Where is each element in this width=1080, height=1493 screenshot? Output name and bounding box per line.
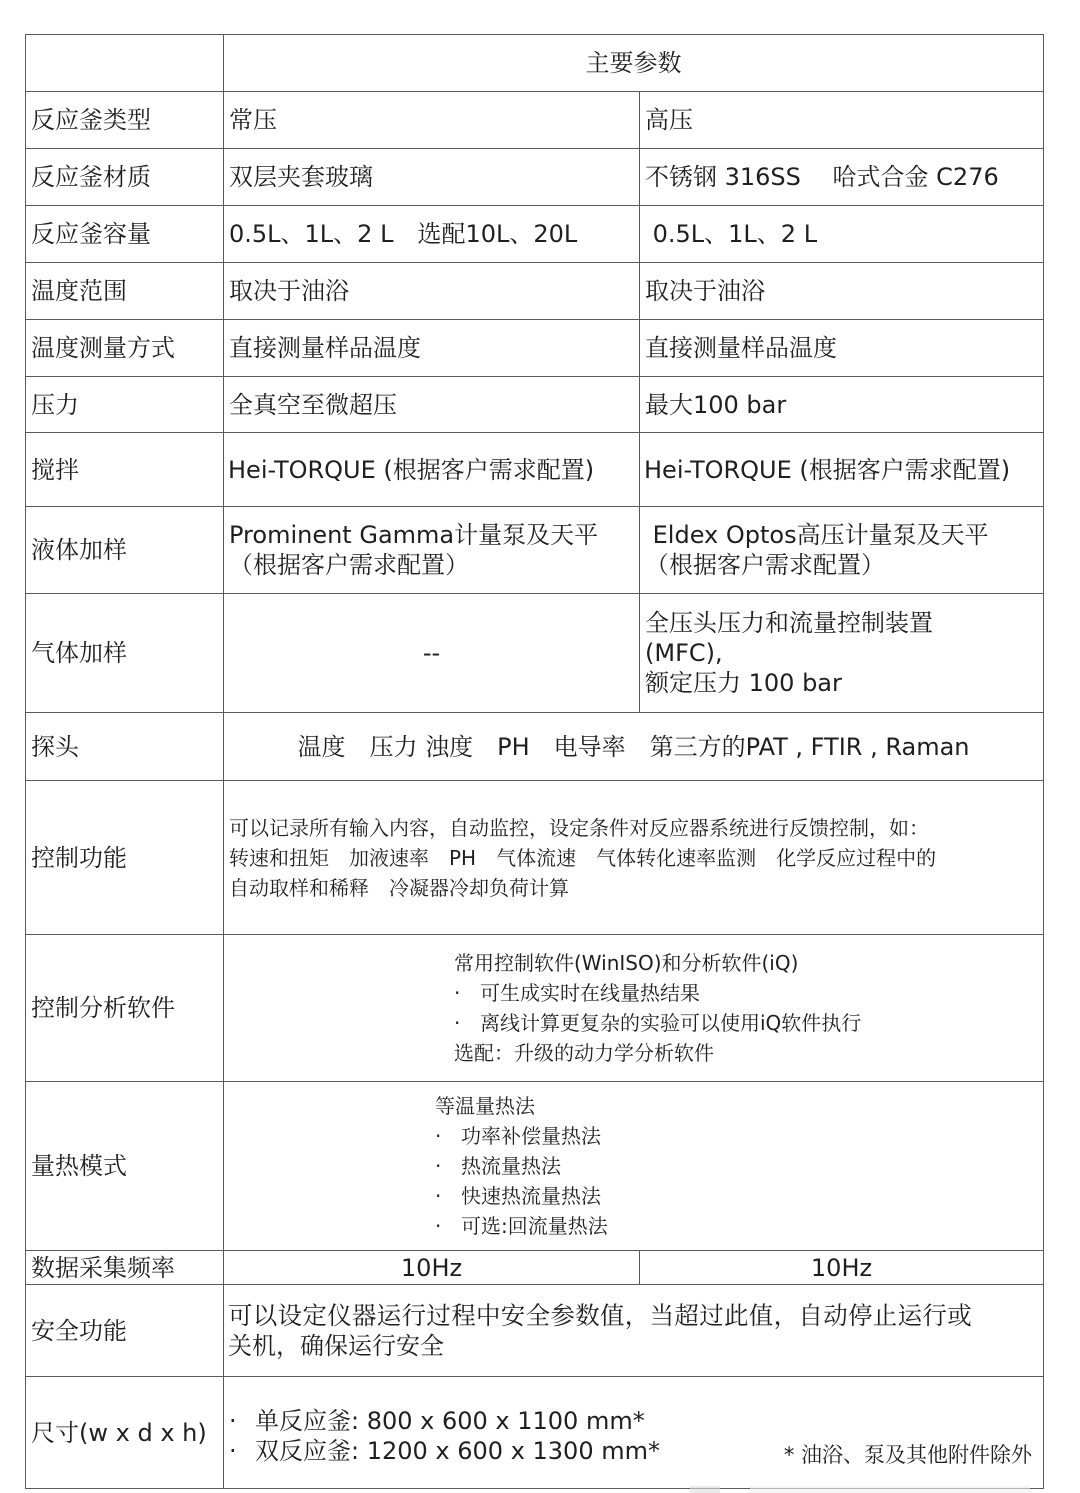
cell-high-pressure: Eldex Optos高压计量泵及天平 （根据客户需求配置）: [640, 507, 1044, 594]
control-value: 可以记录所有输入内容，自动监控，设定条件对反应器系统进行反馈控制，如： 转速和扭…: [224, 781, 1044, 935]
software-line4: 选配：升级的动力学分析软件: [454, 1038, 1038, 1068]
row-material: 反应釜材质 双层夹套玻璃 不锈钢 316SS 哈式合金 C276: [26, 149, 1044, 206]
liquid-dosing-high-line1: Eldex Optos高压计量泵及天平: [645, 520, 1038, 550]
bullet-icon: ·: [454, 1008, 480, 1038]
cell-high-pressure: 全压头压力和流量控制装置 (MFC), 额定压力 100 bar: [640, 594, 1044, 713]
bullet-icon: ·: [229, 1406, 255, 1436]
watermark-fragment: [690, 1486, 1030, 1493]
software-line3: 离线计算更复杂的实验可以使用iQ软件执行: [480, 1011, 861, 1035]
cell-atmospheric: 全真空至微超压: [224, 377, 640, 433]
cell-high-pressure: 不锈钢 316SS 哈式合金 C276: [640, 149, 1044, 206]
bullet-icon: ·: [435, 1181, 461, 1211]
row-calorimetry: 量热模式 等温量热法 ·功率补偿量热法 ·热流量热法 ·快速热流量热法 ·可选:…: [26, 1082, 1044, 1251]
software-line1: 常用控制软件(WinISO)和分析软件(iQ): [454, 948, 1038, 978]
calorimetry-line1: 等温量热法: [435, 1091, 1038, 1121]
cell-atmospheric: 取决于油浴: [224, 263, 640, 320]
dimensions-single-text: 单反应釜: 800 x 600 x 1100 mm*: [255, 1407, 645, 1435]
cell-high-pressure: 0.5L、1L、2 L: [640, 206, 1044, 263]
calorimetry-item-text: 可选:回流量热法: [461, 1214, 608, 1238]
software-value: 常用控制软件(WinISO)和分析软件(iQ) ·可生成实时在线量热结果 ·离线…: [224, 935, 1044, 1082]
gas-dosing-high-line3: 额定压力 100 bar: [645, 668, 1038, 698]
cell-atmospheric: 直接测量样品温度: [224, 320, 640, 377]
row-label: 液体加样: [26, 507, 224, 594]
row-label: 控制功能: [26, 781, 224, 935]
calorimetry-item-text: 热流量热法: [461, 1154, 561, 1178]
safety-line1: 可以设定仪器运行过程中安全参数值，当超过此值，自动停止运行或: [228, 1301, 1043, 1331]
row-control: 控制功能 可以记录所有输入内容，自动监控，设定条件对反应器系统进行反馈控制，如：…: [26, 781, 1044, 935]
calorimetry-item: ·热流量热法: [435, 1151, 1038, 1181]
bullet-icon: ·: [435, 1151, 461, 1181]
row-pressure: 压力 全真空至微超压 最大100 bar: [26, 377, 1044, 433]
cell-high-pressure: 直接测量样品温度: [640, 320, 1044, 377]
header-title: 主要参数: [224, 35, 1044, 92]
cell-atmospheric: --: [224, 594, 640, 713]
cell-atmospheric: 常压: [224, 92, 640, 149]
row-label: 数据采集频率: [26, 1251, 224, 1285]
row-probes: 探头 温度 压力 浊度 PH 电导率 第三方的PAT , FTIR , Rama…: [26, 713, 1044, 781]
bullet-icon: ·: [454, 978, 480, 1008]
dimensions-value: ·单反应釜: 800 x 600 x 1100 mm* ·双反应釜: 1200 …: [224, 1377, 1044, 1489]
row-temp-range: 温度范围 取决于油浴 取决于油浴: [26, 263, 1044, 320]
gas-dosing-high-line1: 全压头压力和流量控制装置: [645, 608, 1038, 638]
row-label: 温度测量方式: [26, 320, 224, 377]
liquid-dosing-high-line2: （根据客户需求配置）: [645, 550, 1038, 580]
calorimetry-item-text: 快速热流量热法: [461, 1184, 601, 1208]
control-line1: 可以记录所有输入内容，自动监控，设定条件对反应器系统进行反馈控制，如：: [229, 813, 1038, 843]
bullet-icon: ·: [229, 1436, 255, 1466]
bullet-icon: ·: [435, 1121, 461, 1151]
software-line2: 可生成实时在线量热结果: [480, 981, 700, 1005]
liquid-dosing-atm-line1: Prominent Gamma计量泵及天平: [229, 520, 634, 550]
cell-high-pressure: 高压: [640, 92, 1044, 149]
calorimetry-item: ·快速热流量热法: [435, 1181, 1038, 1211]
spec-table: 主要参数 反应釜类型 常压 高压 反应釜材质 双层夹套玻璃 不锈钢 316SS …: [25, 34, 1044, 1489]
row-software: 控制分析软件 常用控制软件(WinISO)和分析软件(iQ) ·可生成实时在线量…: [26, 935, 1044, 1082]
control-line2: 转速和扭矩 加液速率 PH 气体流速 气体转化速率监测 化学反应过程中的: [229, 843, 1038, 873]
software-bullet-line3: ·离线计算更复杂的实验可以使用iQ软件执行: [454, 1008, 1038, 1038]
row-volume: 反应釜容量 0.5L、1L、2 L 选配10L、20L 0.5L、1L、2 L: [26, 206, 1044, 263]
row-label: 反应釜类型: [26, 92, 224, 149]
safety-value: 可以设定仪器运行过程中安全参数值，当超过此值，自动停止运行或 关机，确保运行安全: [224, 1285, 1044, 1377]
control-line3: 自动取样和稀释 冷凝器冷却负荷计算: [229, 873, 1038, 903]
cell-atmospheric: 10Hz: [224, 1251, 640, 1285]
dimensions-footnote: * 油浴、泵及其他附件除外: [784, 1440, 1032, 1470]
dimensions-single: ·单反应釜: 800 x 600 x 1100 mm*: [229, 1406, 1038, 1436]
row-liquid-dosing: 液体加样 Prominent Gamma计量泵及天平 （根据客户需求配置） El…: [26, 507, 1044, 594]
row-dimensions: 尺寸(w x d x h) ·单反应釜: 800 x 600 x 1100 mm…: [26, 1377, 1044, 1489]
safety-line2: 关机，确保运行安全: [228, 1331, 1043, 1361]
bullet-icon: ·: [435, 1211, 461, 1241]
calorimetry-item: ·功率补偿量热法: [435, 1121, 1038, 1151]
liquid-dosing-atm-line2: （根据客户需求配置）: [229, 550, 634, 580]
row-label: 探头: [26, 713, 224, 781]
cell-atmospheric: 0.5L、1L、2 L 选配10L、20L: [224, 206, 640, 263]
row-type: 反应釜类型 常压 高压: [26, 92, 1044, 149]
cell-high-pressure: Hei-TORQUE (根据客户需求配置): [640, 433, 1044, 507]
row-label: 搅拌: [26, 433, 224, 507]
calorimetry-value: 等温量热法 ·功率补偿量热法 ·热流量热法 ·快速热流量热法 ·可选:回流量热法: [224, 1082, 1044, 1251]
software-bullet-line2: ·可生成实时在线量热结果: [454, 978, 1038, 1008]
row-label: 控制分析软件: [26, 935, 224, 1082]
cell-high-pressure: 最大100 bar: [640, 377, 1044, 433]
cell-high-pressure: 取决于油浴: [640, 263, 1044, 320]
probes-value: 温度 压力 浊度 PH 电导率 第三方的PAT , FTIR , Raman: [224, 713, 1044, 781]
dimensions-double-text: 双反应釜: 1200 x 600 x 1300 mm*: [255, 1437, 660, 1465]
calorimetry-item-text: 功率补偿量热法: [461, 1124, 601, 1148]
cell-atmospheric: Prominent Gamma计量泵及天平 （根据客户需求配置）: [224, 507, 640, 594]
cell-high-pressure: 10Hz: [640, 1251, 1044, 1285]
gas-dosing-high-line2: (MFC),: [645, 638, 1038, 668]
row-sampling-rate: 数据采集频率 10Hz 10Hz: [26, 1251, 1044, 1285]
calorimetry-item: ·可选:回流量热法: [435, 1211, 1038, 1241]
row-label: 气体加样: [26, 594, 224, 713]
header-blank-cell: [26, 35, 224, 92]
row-temp-measure: 温度测量方式 直接测量样品温度 直接测量样品温度: [26, 320, 1044, 377]
row-label: 反应釜容量: [26, 206, 224, 263]
row-label: 温度范围: [26, 263, 224, 320]
row-label: 安全功能: [26, 1285, 224, 1377]
cell-atmospheric: Hei-TORQUE (根据客户需求配置): [224, 433, 640, 507]
row-stirring: 搅拌 Hei-TORQUE (根据客户需求配置) Hei-TORQUE (根据客…: [26, 433, 1044, 507]
row-safety: 安全功能 可以设定仪器运行过程中安全参数值，当超过此值，自动停止运行或 关机，确…: [26, 1285, 1044, 1377]
row-label: 量热模式: [26, 1082, 224, 1251]
row-label: 压力: [26, 377, 224, 433]
dimensions-double: ·双反应釜: 1200 x 600 x 1300 mm** 油浴、泵及其他附件除…: [229, 1436, 1038, 1466]
row-label: 尺寸(w x d x h): [26, 1377, 224, 1489]
cell-atmospheric: 双层夹套玻璃: [224, 149, 640, 206]
row-gas-dosing: 气体加样 -- 全压头压力和流量控制装置 (MFC), 额定压力 100 bar: [26, 594, 1044, 713]
row-label: 反应釜材质: [26, 149, 224, 206]
header-row: 主要参数: [26, 35, 1044, 92]
